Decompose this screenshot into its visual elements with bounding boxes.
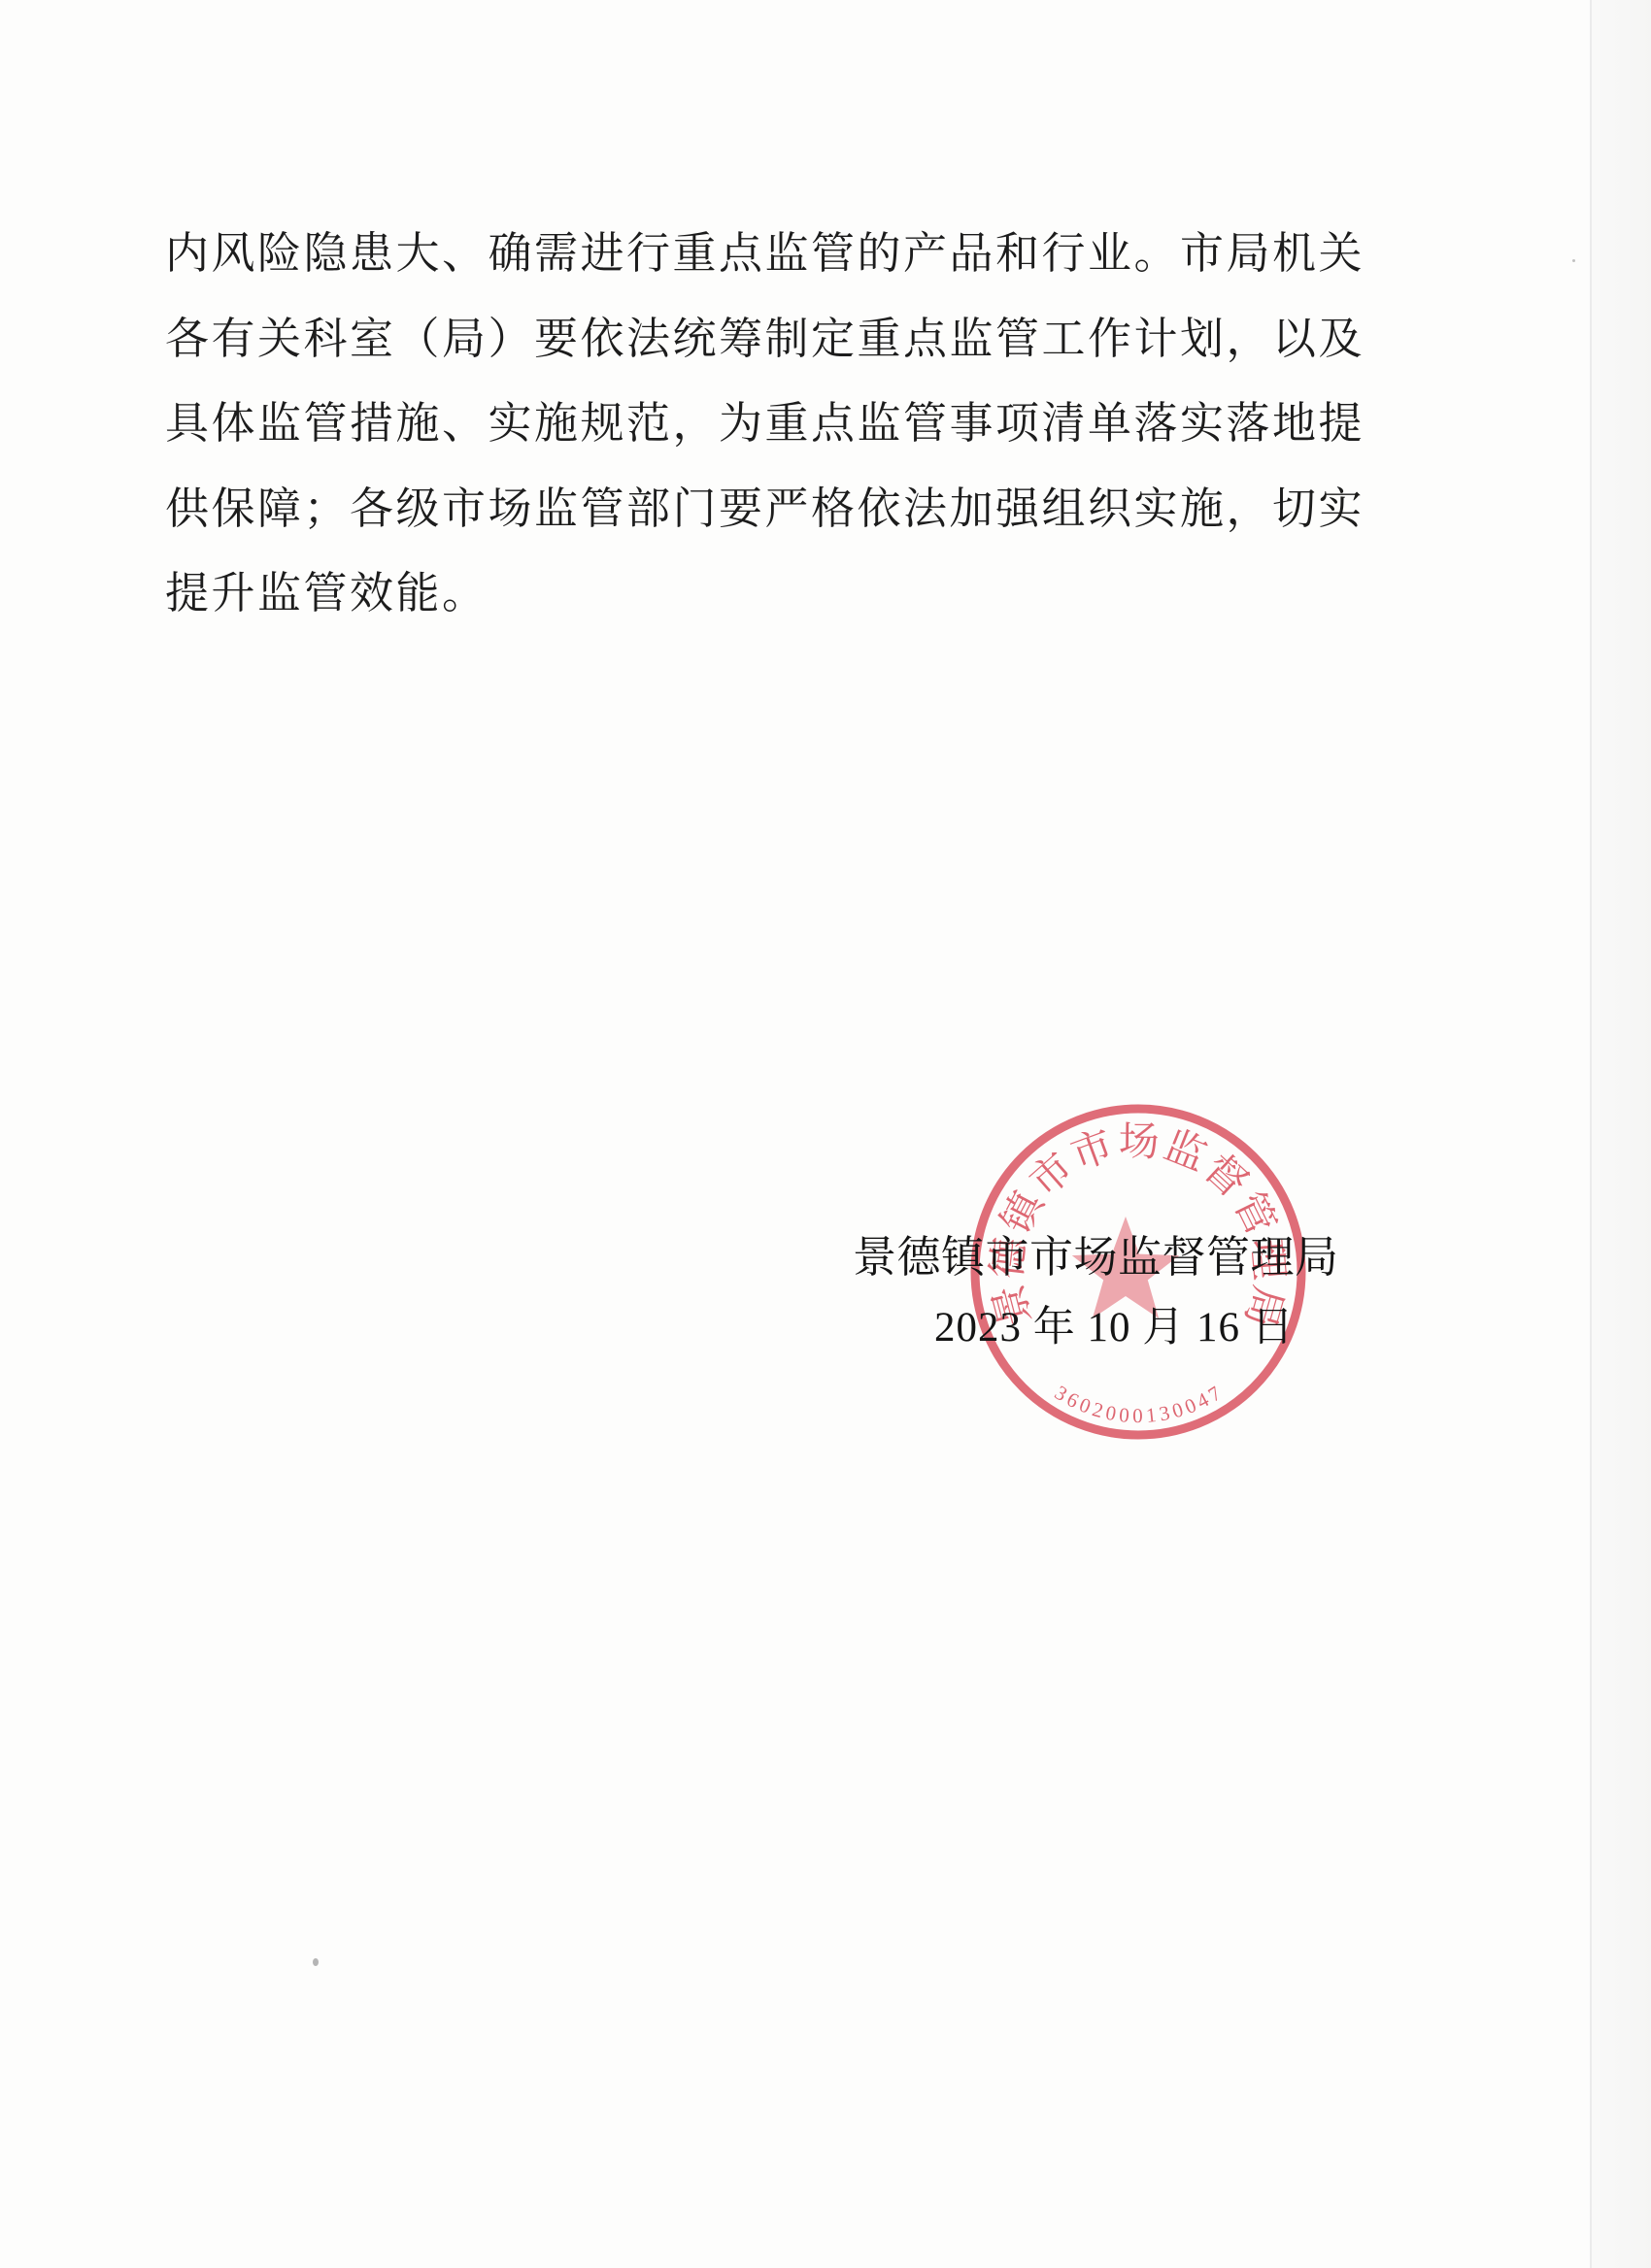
body-text-line: 供保障；各级市场监管部门要严格依法加强组织实施，切实: [165, 467, 1369, 552]
body-text-line: 内风险隐患大、确需进行重点监管的产品和行业。市局机关: [165, 212, 1369, 297]
signature-issuer: 景德镇市市场监督管理局: [853, 1236, 1339, 1280]
scanned-document-page: 内风险隐患大、确需进行重点监管的产品和行业。市局机关 各有关科室（局）要依法统筹…: [0, 0, 1651, 2268]
body-text-line: 各有关科室（局）要依法统筹制定重点监管工作计划，以及: [165, 297, 1369, 383]
scan-dust-speck: [313, 1958, 319, 1966]
body-text-line: 具体监管措施、实施规范，为重点监管事项清单落实落地提: [165, 382, 1369, 467]
signature-date: 2023 年 10 月 16 日: [934, 1307, 1295, 1349]
body-text-line: 提升监管效能。: [165, 551, 1369, 637]
scan-dust-speck: [1572, 259, 1575, 262]
scan-edge-shadow: [1592, 0, 1651, 2268]
body-paragraph: 内风险隐患大、确需进行重点监管的产品和行业。市局机关 各有关科室（局）要依法统筹…: [165, 212, 1369, 637]
